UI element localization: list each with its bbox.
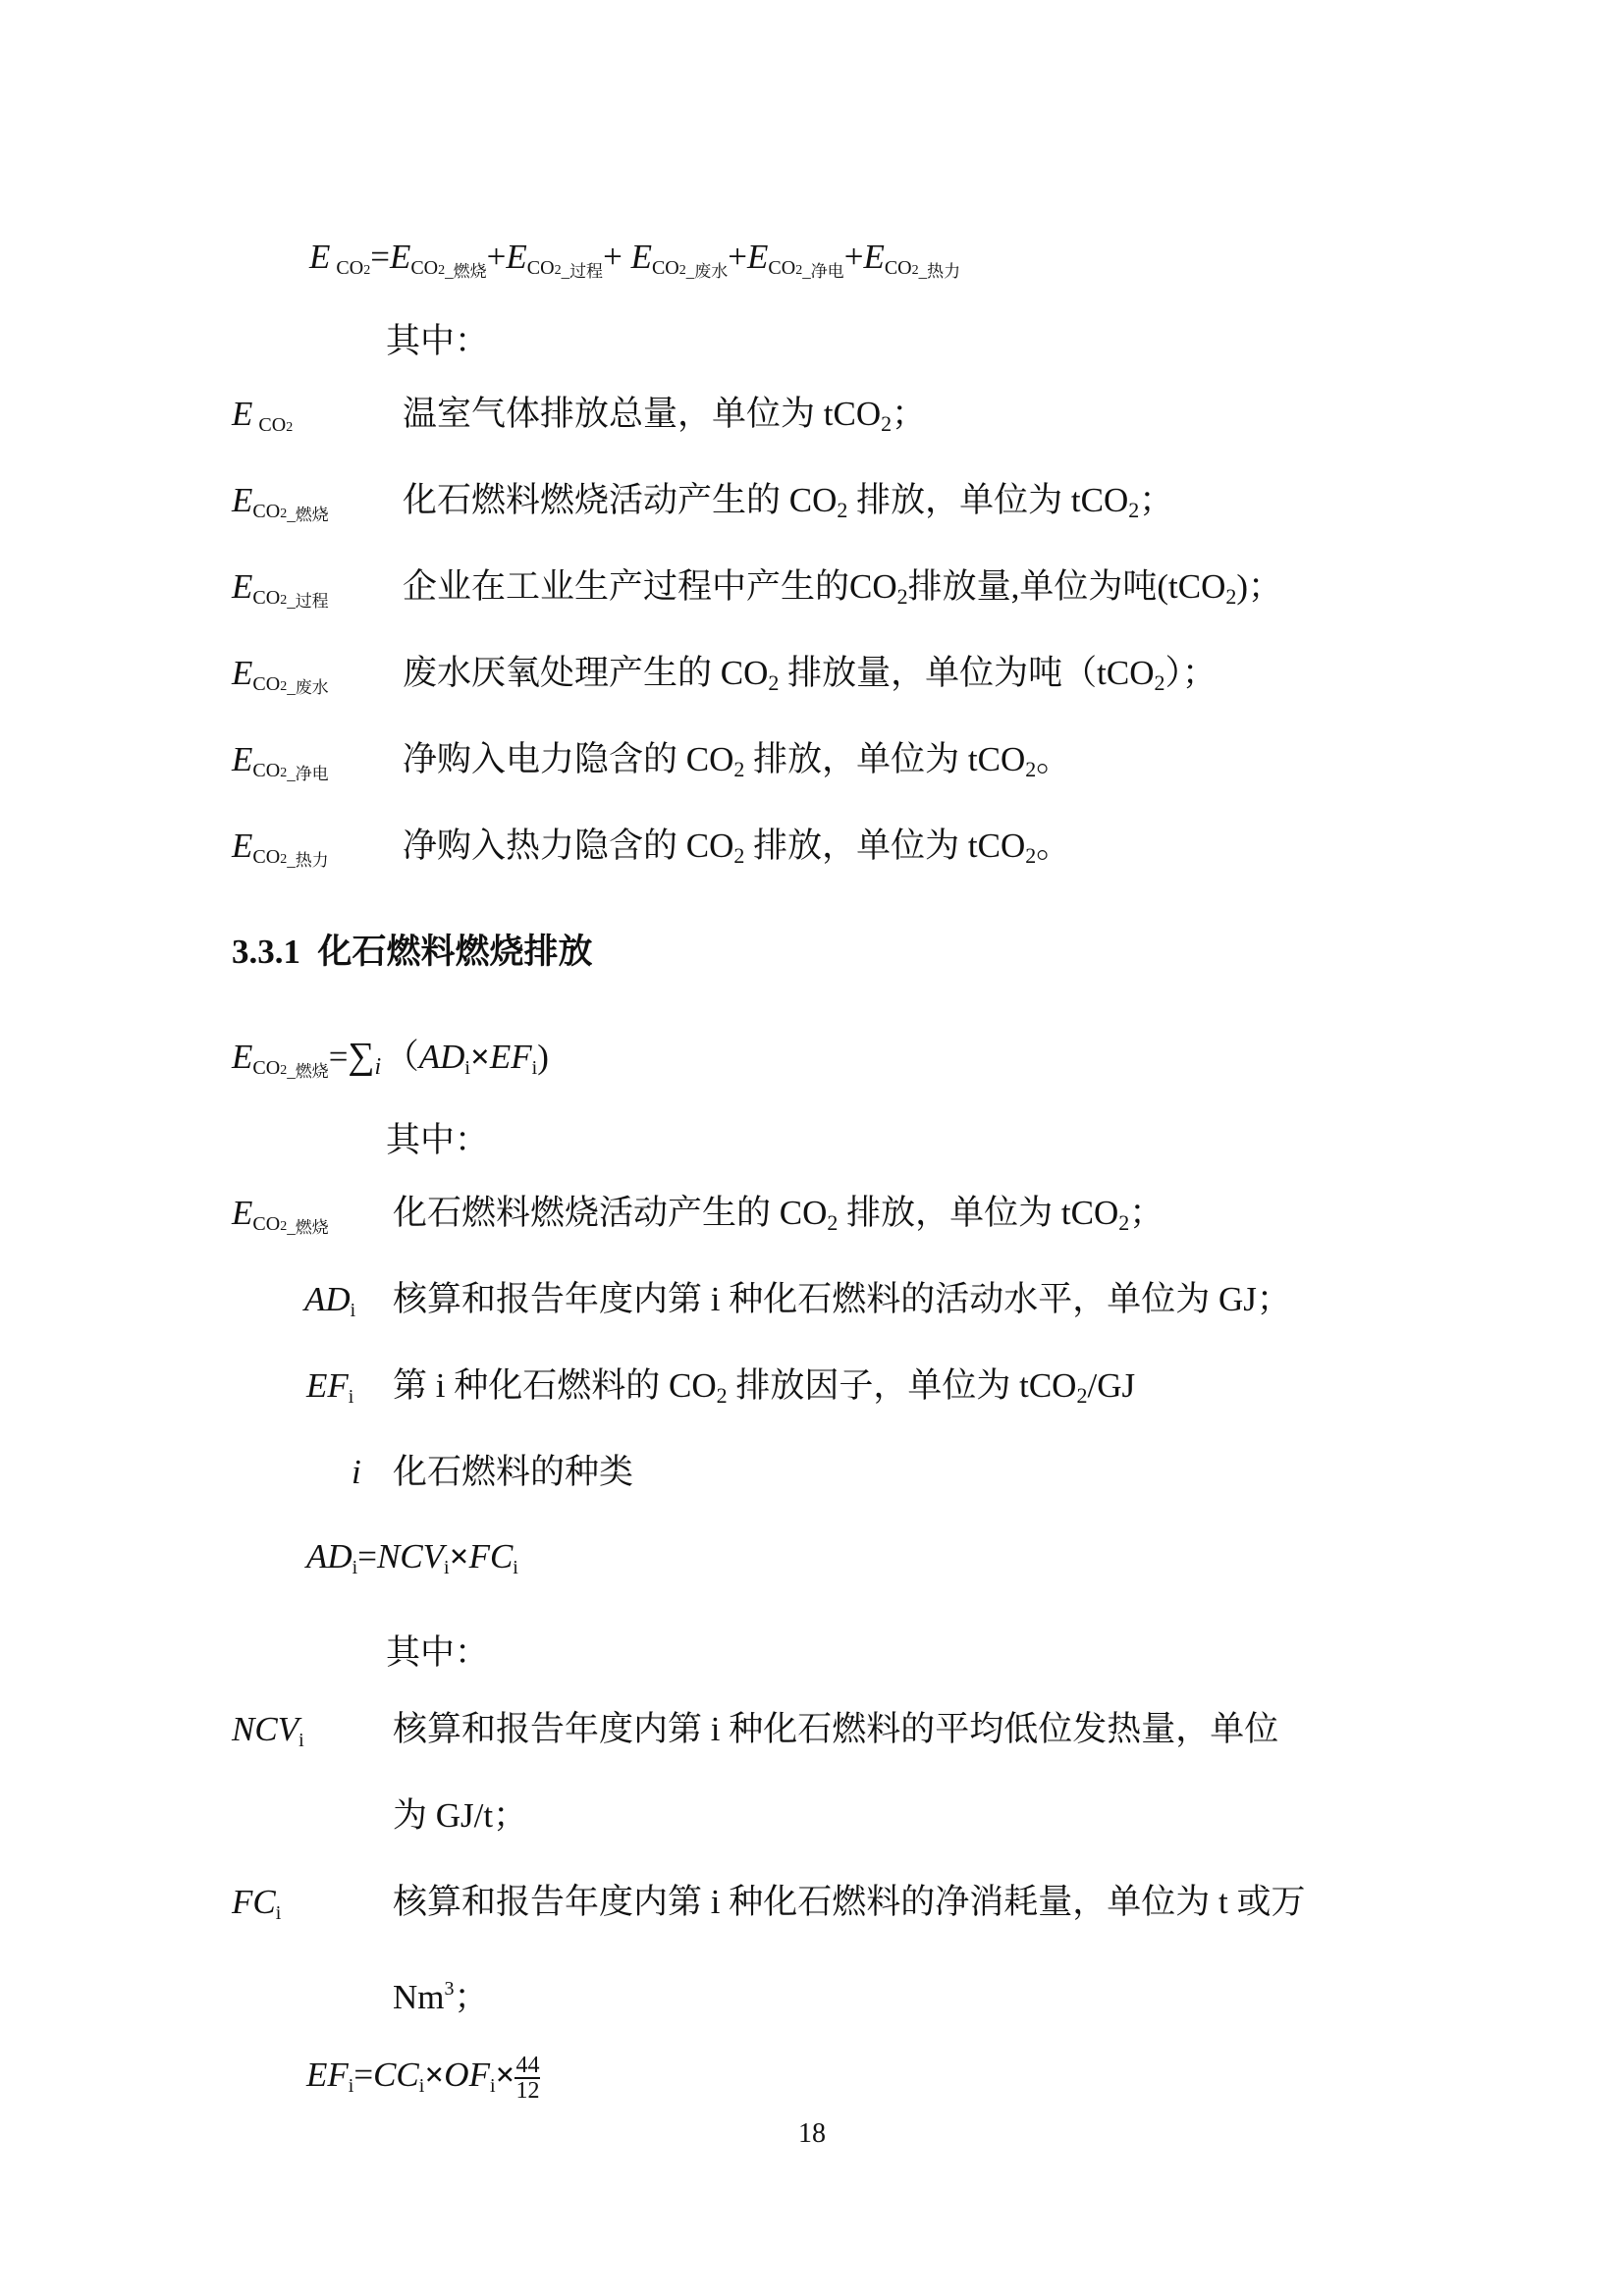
definition-text: 化石燃料燃烧活动产生的 CO2 排放，单位为 tCO2； (393, 1192, 1164, 1245)
definition-term: ECO2_净电 (232, 738, 329, 796)
definition-term: ECO2_热力 (232, 825, 329, 882)
formula-combustion: ECO2_燃烧=∑i （ADi×EFi) (232, 1035, 549, 1094)
definition-text: 第 i 种化石燃料的 CO2 排放因子，单位为 tCO2/GJ (393, 1364, 1135, 1417)
formula-sub: CO (336, 257, 363, 279)
formula-tag: _燃烧 (445, 262, 487, 281)
formula-symbol: AD (419, 1038, 465, 1076)
definition-term: FCi (232, 1881, 281, 1935)
formula-sub2: 2 (912, 263, 919, 278)
definition-term: ADi (304, 1278, 355, 1332)
formula-sub: CO (885, 257, 912, 279)
formula-symbol: E (390, 238, 410, 276)
definition-text: 温室气体排放总量，单位为 tCO2； (403, 393, 926, 446)
formula-symbol: E (863, 238, 884, 276)
section-heading: 3.3.1 化石燃料燃烧排放 (232, 931, 593, 974)
formula-sub: CO (527, 257, 555, 279)
formula-symbol: E (631, 238, 652, 276)
equals-sign: = (370, 238, 390, 276)
definition-text: 净购入电力隐含的 CO2 排放，单位为 tCO2。 (403, 738, 1070, 791)
times-sign: × (470, 1038, 490, 1076)
definition-term: EFi (306, 1364, 353, 1418)
formula-total-emissions: ECO2=ECO2_燃烧+ECO2_过程+ ECO2_废水+ECO2_净电+EC… (309, 236, 960, 294)
plus-sign: + (844, 238, 864, 276)
plus-sign: + (603, 238, 623, 276)
formula-symbol: E (309, 238, 330, 276)
definition-text: 核算和报告年度内第 i 种化石燃料的净消耗量，单位为 t 或万 (393, 1881, 1305, 1924)
definition-term: i (352, 1451, 361, 1494)
definition-text: 净购入热力隐含的 CO2 排放，单位为 tCO2。 (403, 825, 1070, 878)
formula-tag: _净电 (802, 262, 844, 281)
formula-sub: CO (410, 257, 438, 279)
formula-symbol: E (747, 238, 768, 276)
definition-term: NCVi (232, 1708, 304, 1762)
definition-text: 核算和报告年度内第 i 种化石燃料的平均低位发热量，单位 (393, 1708, 1278, 1751)
where-label: 其中： (386, 1631, 489, 1675)
page-number: 18 (0, 2118, 1624, 2150)
formula-tag: _过程 (562, 262, 604, 281)
fraction: 4412 (514, 2054, 540, 2103)
paren-open: （ (385, 1038, 419, 1076)
definition-term: ECO2_废水 (232, 652, 329, 710)
section-title: 化石燃料燃烧排放 (318, 933, 593, 971)
sigma-index: i (375, 1054, 382, 1080)
definition-term: ECO2_过程 (232, 565, 329, 623)
formula-symbol: EF (490, 1038, 532, 1076)
definition-term: ECO2_燃烧 (232, 479, 329, 537)
formula-symbol: E (506, 238, 526, 276)
definition-text: 废水厌氧处理产生的 CO2 排放量，单位为吨（tCO2）； (403, 652, 1217, 705)
paren-close: ) (537, 1038, 549, 1076)
formula-sub: CO (652, 257, 679, 279)
plus-sign: + (487, 238, 507, 276)
formula-tag: _燃烧 (287, 1062, 329, 1081)
formula-activity-data: ADi=NCVi×FCi (306, 1535, 518, 1589)
sigma-symbol: ∑ (348, 1036, 374, 1077)
section-number: 3.3.1 (232, 933, 300, 971)
definition-text: 化石燃料燃烧活动产生的 CO2 排放，单位为 tCO2； (403, 479, 1173, 532)
formula-sub2: 2 (679, 263, 686, 278)
definition-text: 化石燃料的种类 (393, 1451, 633, 1494)
formula-sub: CO (768, 257, 795, 279)
formula-tag: _废水 (686, 262, 729, 281)
formula-sub2: 2 (555, 263, 562, 278)
where-label: 其中： (386, 320, 489, 363)
definition-text-continued: 为 GJ/t； (393, 1794, 527, 1838)
definition-term: ECO2_燃烧 (232, 1192, 329, 1250)
definition-text: 核算和报告年度内第 i 种化石燃料的活动水平，单位为 GJ； (393, 1278, 1291, 1321)
formula-emission-factor: EFi=CCi×OFi×4412 (306, 2054, 540, 2108)
definition-text-continued: Nm3； (393, 1967, 489, 2019)
formula-tag: _热力 (919, 262, 961, 281)
plus-sign: + (728, 238, 747, 276)
where-label: 其中： (386, 1119, 489, 1162)
definition-text: 企业在工业生产过程中产生的CO2排放量,单位为吨(tCO2)； (403, 565, 1282, 618)
definition-term: ECO2 (232, 393, 293, 450)
